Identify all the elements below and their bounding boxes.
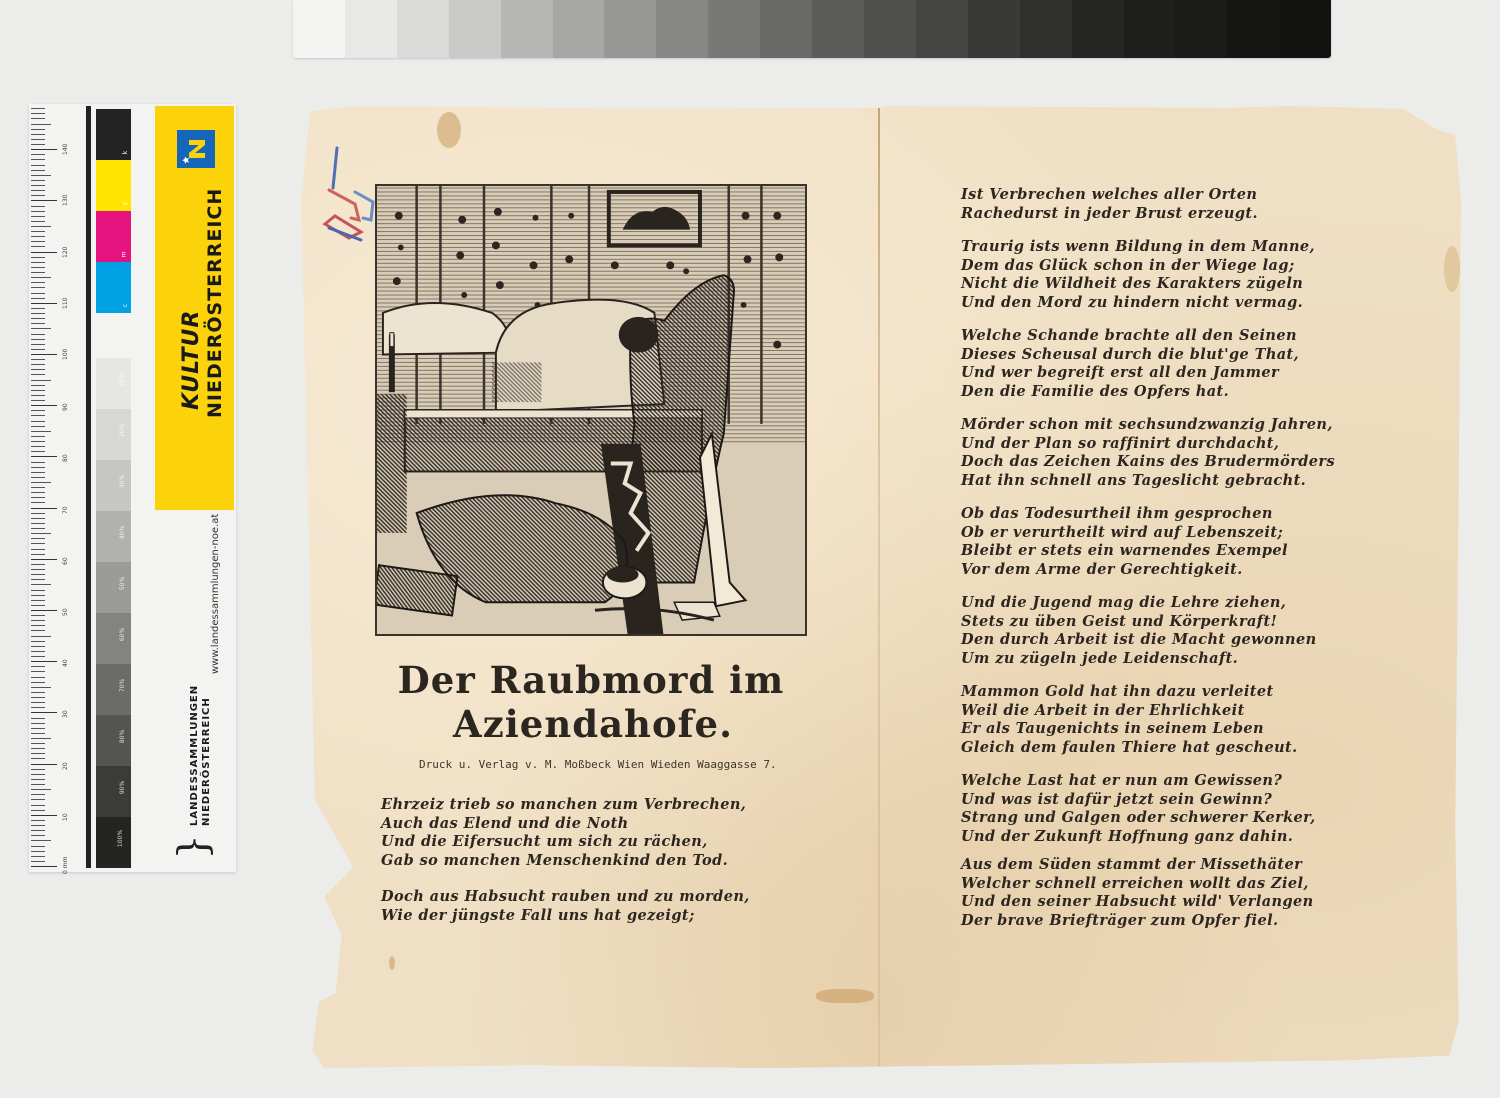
- ruler-tick: [31, 415, 45, 416]
- left-verse-column: Ehrzeiz trieb so manchen zum Verbrechen,…: [381, 796, 750, 925]
- ruler-label: 90: [62, 404, 69, 412]
- ruler-label: 10: [62, 813, 69, 821]
- verse-line: Bleibt er stets ein warnendes Exempel: [961, 542, 1335, 561]
- verse-line: Welche Schande brachte all den Seinen: [961, 327, 1335, 346]
- ruler-tick: [31, 323, 45, 324]
- ruler-tick: [31, 195, 45, 196]
- verse-line: Und die Jugend mag die Lehre ziehen,: [961, 594, 1335, 613]
- verse-line: Strang und Galgen oder schwerer Kerker,: [961, 809, 1335, 828]
- ruler-label: 30: [62, 711, 69, 719]
- ruler-tick: [31, 856, 45, 857]
- verse-line: Aus dem Süden stammt der Missethäter: [961, 856, 1335, 875]
- ruler-tick: [31, 523, 45, 524]
- ruler-tick: [31, 349, 45, 350]
- grey-step: [656, 0, 708, 58]
- ruler-tick: [31, 543, 45, 544]
- ruler-label: 130: [62, 195, 69, 206]
- ruler-tick: [31, 206, 45, 207]
- verse-line: Ehrzeiz trieb so manchen zum Verbrechen,: [381, 796, 750, 815]
- cmyk-patch: m: [96, 211, 131, 262]
- grey-patch: 70%: [96, 664, 131, 715]
- ruler-tick: [31, 651, 45, 652]
- ruler-tick: [31, 728, 45, 729]
- ruler-tick: [31, 846, 45, 847]
- ruler-tick: [31, 113, 45, 114]
- ruler-tick: [31, 400, 45, 401]
- grey-step: [449, 0, 501, 58]
- ruler-tick: [31, 129, 45, 130]
- ruler-tick: [31, 487, 45, 488]
- ruler-tick: [31, 277, 51, 278]
- stain: [437, 112, 461, 148]
- grey-step: [812, 0, 864, 58]
- ruler-tick: [31, 554, 45, 555]
- ruler-tick: [31, 610, 57, 611]
- ruler-tick: [31, 200, 57, 201]
- ruler-tick: [31, 656, 45, 657]
- verse-line: Dieses Scheusal durch die blut'ge That,: [961, 346, 1335, 365]
- ruler-tick: [31, 605, 45, 606]
- brace-icon: }: [171, 834, 217, 859]
- grey-patch: 90%: [96, 766, 131, 817]
- ruler-label: 0 mm: [62, 857, 69, 874]
- ruler-tick: [31, 840, 51, 841]
- ruler-tick: [31, 630, 45, 631]
- verse-line: Und die Eifersucht um sich zu rächen,: [381, 833, 750, 852]
- ruler-label: 40: [62, 660, 69, 668]
- ruler-tick: [31, 502, 45, 503]
- ruler-tick: [31, 697, 45, 698]
- verse-line: Mörder schon mit sechsundzwanzig Jahren,: [961, 416, 1335, 435]
- ruler-tick: [31, 385, 45, 386]
- right-verse-column: Ist Verbrechen welches aller Orten Rache…: [961, 186, 1335, 930]
- grey-step: [864, 0, 916, 58]
- cmyk-patch: y: [96, 160, 131, 211]
- ruler-tick: [31, 313, 45, 314]
- ruler-label: 110: [62, 297, 69, 308]
- ruler-tick: [31, 743, 45, 744]
- verse-line: Den die Familie des Opfers hat.: [961, 383, 1335, 402]
- grey-step: [1124, 0, 1176, 58]
- ruler-tick: [31, 185, 45, 186]
- grey-step: [397, 0, 449, 58]
- stain: [1444, 246, 1460, 292]
- ruler-tick: [31, 190, 45, 191]
- ruler-tick: [31, 410, 45, 411]
- ruler-tick: [31, 308, 45, 309]
- ruler-tick: [31, 620, 45, 621]
- ruler-tick: [31, 758, 45, 759]
- ballad-title-line-1: Der Raubmord im: [375, 658, 807, 702]
- ruler-tick: [31, 805, 45, 806]
- ruler-tick: [31, 436, 45, 437]
- ruler-tick: [31, 364, 45, 365]
- ruler-tick: [31, 528, 45, 529]
- ruler-tick: [31, 774, 45, 775]
- ruler-tick: [31, 851, 45, 852]
- grey-patch: 60%: [96, 613, 131, 664]
- grey-step: [968, 0, 1020, 58]
- ruler-tick: [31, 835, 45, 836]
- ruler-tick: [31, 462, 45, 463]
- grey-step: [916, 0, 968, 58]
- institution-line-1: LANDESSAMMLUNGEN: [189, 685, 200, 826]
- verse-line: Rachedurst in jeder Brust erzeugt.: [961, 205, 1335, 224]
- ruler-tick: [31, 149, 57, 150]
- ruler-tick: [31, 165, 45, 166]
- ruler-tick: [31, 282, 45, 283]
- ruler-tick: [31, 374, 45, 375]
- ruler-tick: [31, 298, 45, 299]
- ruler-tick: [31, 159, 45, 160]
- ruler-label: 80: [62, 455, 69, 463]
- grey-step: [708, 0, 760, 58]
- ruler-tick: [31, 538, 45, 539]
- ruler-tick: [31, 666, 45, 667]
- ruler-tick: [31, 467, 45, 468]
- ruler-label: 50: [62, 608, 69, 616]
- grey-patch: 20%: [96, 409, 131, 460]
- ruler-tick: [31, 451, 45, 452]
- ruler-tick: [31, 241, 45, 242]
- ruler-tick: [31, 472, 45, 473]
- ruler-tick: [31, 395, 45, 396]
- grey-step: [553, 0, 605, 58]
- ruler-tick: [31, 559, 57, 560]
- ruler-tick: [31, 344, 45, 345]
- verse-line: Stets zu üben Geist und Körperkraft!: [961, 613, 1335, 632]
- ruler-tick: [31, 682, 45, 683]
- ruler-tick: [31, 733, 45, 734]
- grey-step-wedge: [293, 0, 1331, 58]
- cmyk-patch: k: [96, 109, 131, 160]
- ruler-tick: [31, 334, 45, 335]
- institution-url: www.landessammlungen-noe.at: [210, 514, 221, 674]
- grey-patch: 80%: [96, 715, 131, 766]
- grey-step: [1020, 0, 1072, 58]
- grey-patch: 50%: [96, 562, 131, 613]
- grey-patch: 100%: [96, 817, 131, 868]
- noe-logo-icon: [177, 130, 215, 168]
- grey-step: [501, 0, 553, 58]
- ruler-tick: [31, 661, 57, 662]
- ruler-tick: [31, 579, 45, 580]
- ruler-tick: [31, 784, 45, 785]
- institution-line-2: NIEDERÖSTERREICH: [201, 697, 212, 826]
- ruler-tick: [31, 492, 45, 493]
- ruler-tick: [31, 574, 45, 575]
- ruler-label: 70: [62, 506, 69, 514]
- ruler-tick: [31, 600, 45, 601]
- verse-line: Weil die Arbeit in der Ehrlichkeit: [961, 702, 1335, 721]
- ruler-tick: [31, 154, 45, 155]
- ballad-title-line-2: Aziendahofe.: [377, 702, 809, 746]
- ruler-tick: [31, 712, 57, 713]
- ruler-tick: [31, 815, 57, 816]
- ruler-tick: [31, 272, 45, 273]
- ruler-tick: [31, 702, 45, 703]
- ruler-tick: [31, 595, 45, 596]
- stain: [816, 989, 874, 1003]
- ruler-tick: [31, 646, 45, 647]
- ruler-label: 60: [62, 557, 69, 565]
- ruler-tick: [31, 825, 45, 826]
- printer-imprint: Druck u. Verlag v. M. Moßbeck Wien Wiede…: [419, 758, 777, 771]
- brand-kultur: KULTUR: [179, 310, 204, 410]
- center-fold: [878, 106, 880, 1070]
- verse-line: Und der Plan so raffinirt durchdacht,: [961, 435, 1335, 454]
- ruler-tick: [31, 625, 45, 626]
- verse-line: Vor dem Arme der Gerechtigkeit.: [961, 561, 1335, 580]
- ruler-tick: [31, 441, 45, 442]
- ruler-tick: [31, 707, 45, 708]
- ruler-tick: [31, 226, 51, 227]
- ruler-label: 140: [62, 144, 69, 155]
- ruler-tick: [31, 615, 45, 616]
- verse-line: Dem das Glück schon in der Wiege lag;: [961, 257, 1335, 276]
- verse-line: Mammon Gold hat ihn dazu verleitet: [961, 683, 1335, 702]
- ruler-tick: [31, 636, 51, 637]
- ruler-tick: [31, 175, 51, 176]
- ruler-tick: [31, 318, 45, 319]
- verse-line: Der brave Briefträger zum Opfer fiel.: [961, 912, 1335, 931]
- ruler-tick: [31, 789, 51, 790]
- ruler-tick: [31, 482, 51, 483]
- ruler-edge-line: [86, 106, 91, 868]
- ruler-tick: [31, 262, 45, 263]
- grey-step: [293, 0, 345, 58]
- ruler-tick: [31, 124, 51, 125]
- ruler-tick: [31, 456, 57, 457]
- ruler-tick: [31, 446, 45, 447]
- verse-line: Traurig ists wenn Bildung in dem Manne,: [961, 238, 1335, 257]
- ruler-tick: [31, 533, 51, 534]
- ruler-tick: [31, 799, 45, 800]
- ruler-tick: [31, 390, 45, 391]
- ruler-tick: [31, 513, 45, 514]
- ruler-label: 120: [62, 246, 69, 257]
- brand-niederoesterreich: NIEDERÖSTERREICH: [204, 188, 226, 418]
- grey-patch: 10%: [96, 358, 131, 409]
- verse-line: Doch aus Habsucht rauben und zu morden,: [381, 888, 750, 907]
- ruler-tick: [31, 359, 45, 360]
- ruler-tick: [31, 431, 51, 432]
- grey-step: [1227, 0, 1279, 58]
- ruler-tick: [31, 231, 45, 232]
- ruler-tick: [31, 671, 45, 672]
- ruler-tick: [31, 180, 45, 181]
- ruler-tick: [31, 769, 45, 770]
- grey-step: [345, 0, 397, 58]
- ruler-tick: [31, 267, 45, 268]
- ruler-tick: [31, 354, 57, 355]
- verse-line: Welche Last hat er nun am Gewissen?: [961, 772, 1335, 791]
- verse-line: Ist Verbrechen welches aller Orten: [961, 186, 1335, 205]
- verse-line: Welcher schnell erreichen wollt das Ziel…: [961, 875, 1335, 894]
- ruler-tick: [31, 508, 57, 509]
- verse-line: Und wer begreift erst all den Jammer: [961, 364, 1335, 383]
- cmyk-patch: c: [96, 262, 131, 313]
- ruler-tick: [31, 216, 45, 217]
- verse-line: Und den seiner Habsucht wild' Verlangen: [961, 893, 1335, 912]
- ruler-tick: [31, 866, 57, 867]
- ruler-tick: [31, 590, 45, 591]
- grey-step: [1279, 0, 1331, 58]
- ruler-tick: [31, 677, 45, 678]
- verse-line: Doch das Zeichen Kains des Brudermörders: [961, 453, 1335, 472]
- ruler-tick: [31, 405, 57, 406]
- verse-line: Den durch Arbeit ist die Macht gewonnen: [961, 631, 1335, 650]
- grey-scale-patches: 10%20%30%40%50%60%70%80%90%100%: [96, 358, 131, 868]
- ruler-tick: [31, 211, 45, 212]
- ruler-tick: [31, 221, 45, 222]
- ruler-tick: [31, 723, 45, 724]
- verse-line: Und was ist dafür jetzt sein Gewinn?: [961, 791, 1335, 810]
- verse-line: Ob das Todesurtheil ihm gesprochen: [961, 505, 1335, 524]
- ruler-tick: [31, 139, 45, 140]
- ruler-tick: [31, 257, 45, 258]
- color-calibration-card: 0 mm102030405060708090100110120130140 ky…: [29, 104, 236, 872]
- ruler-tick: [31, 328, 51, 329]
- verse-line: Hat ihn schnell ans Tageslicht gebracht.: [961, 472, 1335, 491]
- ruler-tick: [31, 252, 57, 253]
- ruler-tick: [31, 820, 45, 821]
- ruler-tick: [31, 779, 45, 780]
- mm-ruler: 0 mm102030405060708090100110120130140: [29, 104, 85, 872]
- ruler-tick: [31, 861, 45, 862]
- ruler-tick: [31, 764, 57, 765]
- ruler-tick: [31, 753, 45, 754]
- verse-line: Wie der jüngste Fall uns hat gezeigt;: [381, 907, 750, 926]
- cmyk-patches: kymc: [96, 109, 131, 313]
- broadside-sheet: Der Raubmord im Aziendahofe. Druck u. Ve…: [301, 106, 1461, 1070]
- ruler-tick: [31, 293, 45, 294]
- ruler-tick: [31, 584, 51, 585]
- ruler-tick: [31, 118, 45, 119]
- ruler-label: 20: [62, 762, 69, 770]
- engraving-illustration: [375, 184, 807, 636]
- ruler-tick: [31, 108, 45, 109]
- ruler-tick: [31, 369, 45, 370]
- grey-step: [1175, 0, 1227, 58]
- ruler-tick: [31, 287, 45, 288]
- grey-step: [604, 0, 656, 58]
- ruler-tick: [31, 748, 45, 749]
- verse-line: Und den Mord zu hindern nicht vermag.: [961, 294, 1335, 313]
- verse-line: Nicht die Wildheit des Karakters zügeln: [961, 275, 1335, 294]
- ruler-tick: [31, 518, 45, 519]
- ruler-tick: [31, 692, 45, 693]
- ruler-tick: [31, 246, 45, 247]
- verse-line: Er als Taugenichts in seinem Leben: [961, 720, 1335, 739]
- ruler-tick: [31, 718, 45, 719]
- ruler-tick: [31, 810, 45, 811]
- grey-step: [760, 0, 812, 58]
- ruler-tick: [31, 738, 51, 739]
- stain: [389, 956, 395, 970]
- ruler-tick: [31, 421, 45, 422]
- grey-step: [1072, 0, 1124, 58]
- verse-line: Um zu zügeln jede Leidenschaft.: [961, 650, 1335, 669]
- ruler-tick: [31, 794, 45, 795]
- ruler-tick: [31, 641, 45, 642]
- ruler-tick: [31, 236, 45, 237]
- grey-patch: 40%: [96, 511, 131, 562]
- ruler-tick: [31, 339, 45, 340]
- ruler-tick: [31, 830, 45, 831]
- ruler-tick: [31, 564, 45, 565]
- ruler-tick: [31, 170, 45, 171]
- ruler-tick: [31, 134, 45, 135]
- verse-line: Und der Zukunft Hoffnung ganz dahin.: [961, 828, 1335, 847]
- ruler-tick: [31, 497, 45, 498]
- verse-line: Auch das Elend und die Noth: [381, 815, 750, 834]
- ruler-tick: [31, 303, 57, 304]
- ruler-label: 100: [62, 349, 69, 360]
- verse-line: Gab so manchen Menschenkind den Tod.: [381, 852, 750, 871]
- verse-line: Ob er verurtheilt wird auf Lebenszeit;: [961, 524, 1335, 543]
- verse-line: Gleich dem faulen Thiere hat gescheut.: [961, 739, 1335, 758]
- ruler-tick: [31, 549, 45, 550]
- ruler-tick: [31, 144, 45, 145]
- ruler-tick: [31, 426, 45, 427]
- ruler-tick: [31, 569, 45, 570]
- ruler-tick: [31, 477, 45, 478]
- ruler-tick: [31, 380, 51, 381]
- grey-patch: 30%: [96, 460, 131, 511]
- ruler-tick: [31, 687, 51, 688]
